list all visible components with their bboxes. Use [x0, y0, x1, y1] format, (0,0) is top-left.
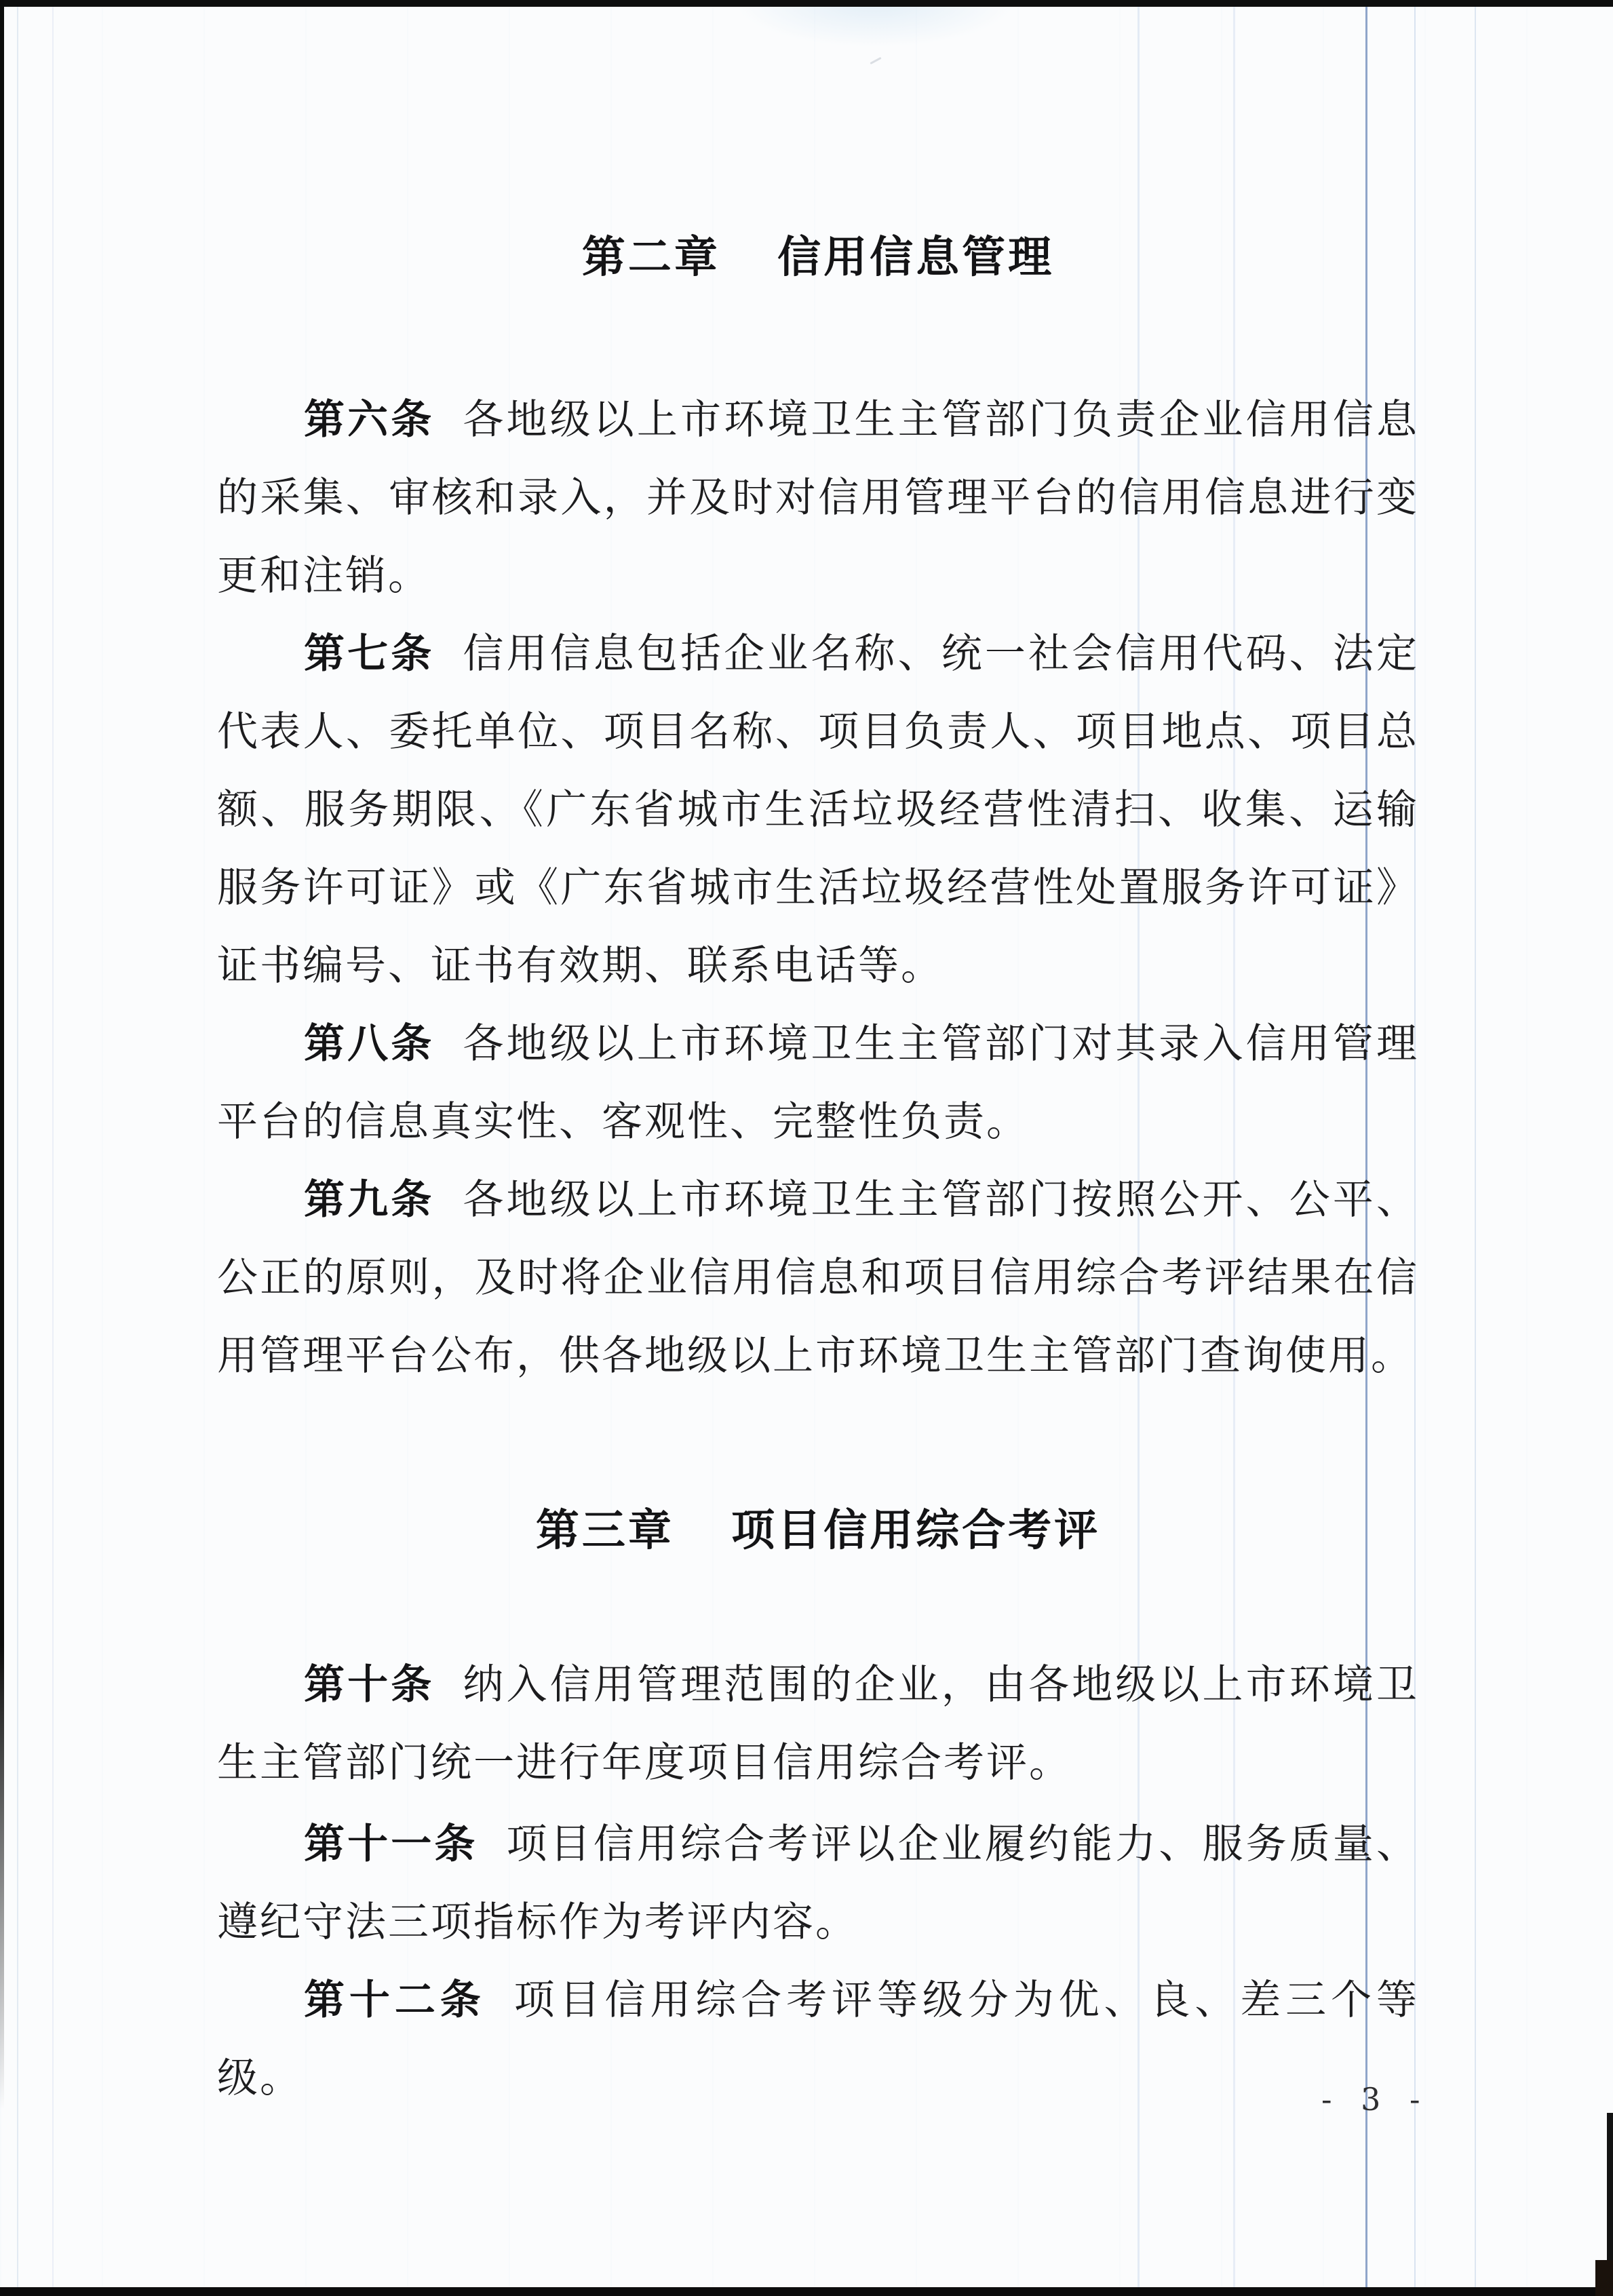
chapter-3-heading: 第三章 项目信用综合考评	[217, 1496, 1419, 1558]
scan-edge-bottom	[0, 2287, 1613, 2296]
chapter-2-number: 第二章	[582, 222, 720, 285]
article-10-label: 第十条	[304, 1661, 434, 1709]
article-6-paragraph: 第六条各地级以上市环境卫生主管部门负责企业信用信息的采集、审核和录入，并及时对信…	[217, 381, 1419, 615]
article-6-label: 第六条	[304, 396, 434, 444]
scan-edge-top	[0, 0, 1613, 7]
scan-rule-line	[17, 0, 18, 2296]
scan-edge-corner	[1595, 2260, 1613, 2296]
scan-top-wash	[733, 0, 1017, 47]
article-7-paragraph: 第七条信用信息包括企业名称、统一社会信用代码、法定代表人、委托单位、项目名称、项…	[217, 615, 1419, 1005]
article-8-paragraph: 第八条各地级以上市环境卫生主管部门对其录入信用管理平台的信息真实性、客观性、完整…	[217, 1005, 1419, 1161]
article-12-label: 第十二条	[304, 1977, 486, 2024]
article-11-paragraph: 第十一条项目信用综合考评以企业履约能力、服务质量、遵纪守法三项指标作为考评内容。	[217, 1806, 1419, 1962]
article-7-text: 信用信息包括企业名称、统一社会信用代码、法定代表人、委托单位、项目名称、项目负责…	[217, 630, 1419, 990]
article-9-paragraph: 第九条各地级以上市环境卫生主管部门按照公开、公平、公正的原则，及时将企业信用信息…	[217, 1161, 1419, 1395]
chapter-2-title: 信用信息管理	[777, 222, 1054, 285]
article-12-paragraph: 第十二条项目信用综合考评等级分为优、良、差三个等级。	[217, 1962, 1419, 2118]
scan-rule-line	[52, 0, 54, 2296]
article-11-label: 第十一条	[304, 1821, 478, 1868]
chapter-3-title: 项目信用综合考评	[731, 1496, 1100, 1558]
page-number: - 3 -	[1321, 2081, 1429, 2118]
document-page: 第二章 信用信息管理 第六条各地级以上市环境卫生主管部门负责企业信用信息的采集、…	[0, 0, 1613, 2296]
article-10-paragraph: 第十条纳入信用管理范围的企业，由各地级以上市环境卫生主管部门统一进行年度项目信用…	[217, 1646, 1419, 1802]
article-9-label: 第九条	[304, 1176, 434, 1224]
scan-edge-left	[0, 0, 4, 2109]
chapter-2-heading: 第二章 信用信息管理	[217, 222, 1419, 285]
scan-speck	[870, 57, 881, 64]
article-8-label: 第八条	[304, 1020, 434, 1068]
chapter-3-number: 第三章	[536, 1496, 674, 1558]
article-7-label: 第七条	[304, 630, 434, 678]
scan-rule-line	[1475, 0, 1476, 2296]
